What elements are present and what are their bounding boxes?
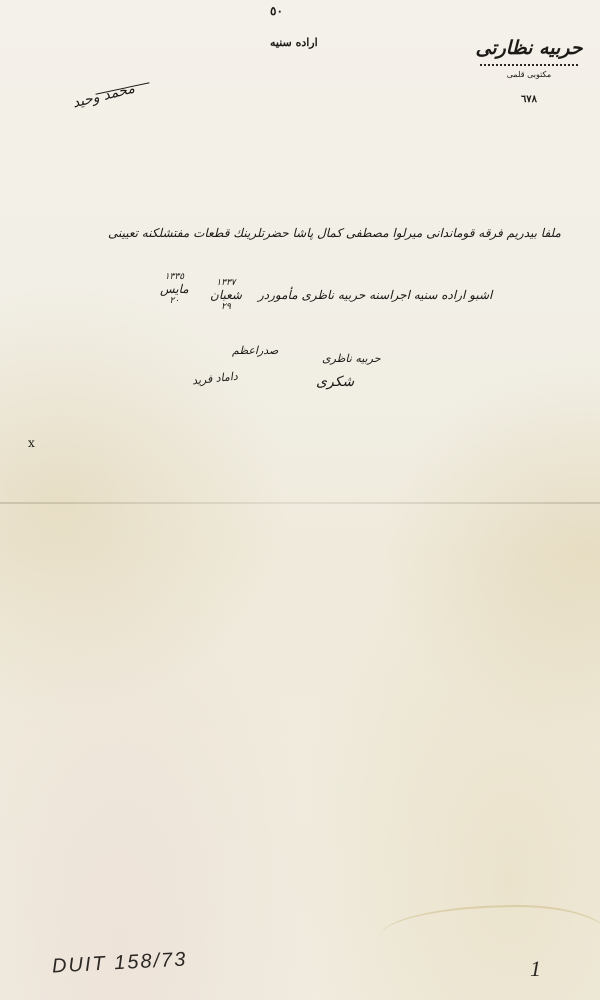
paper-fold-line: [0, 502, 600, 504]
date-rumi: ١٣٣٥ مايس ٢٠: [160, 272, 189, 306]
water-stain: [380, 905, 600, 937]
top-mark: ٥٠: [270, 4, 283, 18]
date-rumi-year: ١٣٣٥: [160, 272, 189, 282]
signature-topleft: محمد وحيد: [71, 81, 136, 112]
grand-vizier-signature: داماد فريد: [191, 370, 238, 388]
letterhead-title: حربيه نظارتى: [474, 36, 584, 60]
date-hijri: ١٣٣٧ شعبان ٢٩: [210, 278, 242, 312]
irade-heading: اراده سنيه: [270, 36, 318, 49]
document-page: ٥٠ اراده سنيه حربيه نظارتى مكتوبى قلمى ٦…: [0, 0, 600, 1000]
margin-mark: x: [28, 436, 35, 450]
body-text-line-1: ملفا بيدريم فرقه قوماندانى ميرلوا مصطفى …: [108, 226, 561, 240]
archive-reference: DUIT 158/73: [51, 948, 187, 978]
page-number: 1: [530, 956, 541, 982]
date-rumi-day: ٢٠: [160, 296, 189, 306]
body-text-line-2: اشبو اراده سنيه اجراسنه حربيه ناظرى مأمو…: [258, 288, 492, 302]
document-number: ٦٧٨: [474, 94, 584, 105]
grand-vizier-title: صدراعظم: [232, 344, 278, 357]
letterhead-subtitle: مكتوبى قلمى: [474, 70, 584, 80]
date-hijri-day: ٢٩: [210, 302, 242, 312]
ministry-letterhead: حربيه نظارتى مكتوبى قلمى ٦٧٨: [474, 36, 584, 105]
war-minister-signature: شكرى: [316, 374, 354, 390]
war-minister-title: حربيه ناظرى: [322, 352, 381, 365]
date-hijri-year: ١٣٣٧: [210, 278, 242, 288]
date-rumi-month: مايس: [160, 282, 189, 296]
letterhead-divider: [480, 64, 578, 67]
date-hijri-month: شعبان: [210, 288, 242, 302]
